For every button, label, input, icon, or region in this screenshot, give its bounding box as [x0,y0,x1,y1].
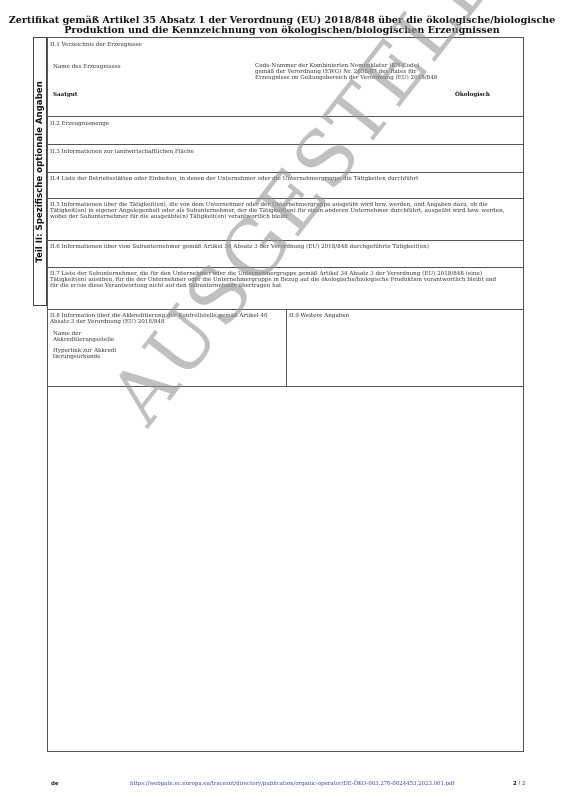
accreditation-body-label: Name der Akkreditierungsstelle [53,331,117,343]
accreditation-certificate-link-label: Hyperlink zur Akkreditierungsurkunde [53,348,117,360]
product-row-name: Saatgut [53,92,77,98]
product-row-status: Ökologisch [455,92,490,98]
divider [286,309,287,386]
footer-url-link[interactable]: https://webgate.ec.europa.eu/tracesnt/di… [130,781,455,787]
column-header-product-name: Name des Erzeugnisses [53,64,121,70]
footer-language: de [51,781,59,787]
side-label-text: Teil II: Spezifische optionale Angaben [35,81,45,262]
page-number: 2 / 2 [513,781,525,787]
page-total: 2 [522,781,525,787]
section-ii3-heading: II.3 Informationen zur landwirtschaftlic… [50,149,194,155]
section-ii2-heading: II.2 Erzeugnismenge [50,121,109,127]
divider [47,116,524,117]
part-ii-side-label: Teil II: Spezifische optionale Angaben [33,37,47,306]
section-ii9-heading: II.9 Weitere Angaben [289,313,349,319]
section-ii1-heading: II.1 Verzeichnis der Erzeugnisse [50,42,142,48]
